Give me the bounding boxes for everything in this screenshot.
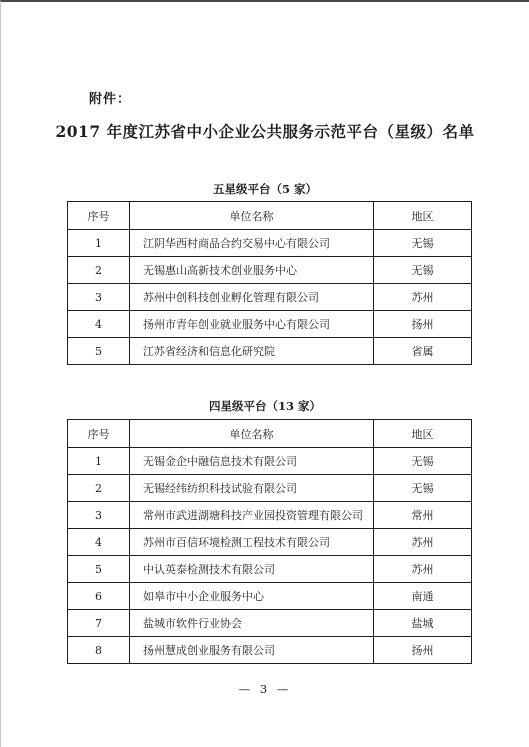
unit-name-cell: 中认英泰检测技术有限公司 [130,556,374,583]
four-star-table-header: 序号 单位名称 地区 [68,420,472,448]
four-star-section-heading: 四星级平台（13 家） [1,398,529,414]
five-star-table: 序号 单位名称 地区 1江阴华西村商品合约交易中心有限公司无锡2无锡惠山高新技术… [67,201,472,365]
row-number-cell: 1 [68,230,130,257]
unit-name-cell: 苏州市百信环境检测工程技术有限公司 [130,529,374,556]
unit-name-cell: 无锡惠山高新技术创业服务中心 [130,257,374,284]
unit-name-cell: 常州市武进湖塘科技产业园投资管理有限公司 [130,502,374,529]
unit-name-cell: 江阴华西村商品合约交易中心有限公司 [130,230,374,257]
row-number-cell: 4 [68,311,130,338]
column-header-region: 地区 [374,202,472,230]
table-row: 3常州市武进湖塘科技产业园投资管理有限公司常州 [68,502,472,529]
unit-name-cell: 无锡金企中融信息技术有限公司 [130,448,374,475]
table-row: 3苏州中创科技创业孵化管理有限公司苏州 [68,284,472,311]
region-cell: 盐城 [374,610,472,637]
region-cell: 扬州 [374,637,472,664]
unit-name-cell: 扬州慧成创业服务有限公司 [130,637,374,664]
four-star-table: 序号 单位名称 地区 1无锡金企中融信息技术有限公司无锡2无锡经纬纺织科技试验有… [67,419,472,664]
attachment-label: 附件： [89,88,131,107]
region-cell: 无锡 [374,230,472,257]
region-cell: 苏州 [374,529,472,556]
table-row: 1江阴华西村商品合约交易中心有限公司无锡 [68,230,472,257]
region-cell: 无锡 [374,257,472,284]
table-row: 5中认英泰检测技术有限公司苏州 [68,556,472,583]
row-number-cell: 2 [68,257,130,284]
column-header-region: 地区 [374,420,472,448]
unit-name-cell: 盐城市软件行业协会 [130,610,374,637]
document-title: 2017 年度江苏省中小企业公共服务示范平台（星级）名单 [1,120,529,142]
row-number-cell: 5 [68,338,130,365]
column-header-unit-name: 单位名称 [130,420,374,448]
table-row: 6如皋市中小企业服务中心南通 [68,583,472,610]
row-number-cell: 8 [68,637,130,664]
table-row: 2无锡经纬纺织科技试验有限公司无锡 [68,475,472,502]
four-star-table-body: 1无锡金企中融信息技术有限公司无锡2无锡经纬纺织科技试验有限公司无锡3常州市武进… [68,448,472,664]
region-cell: 无锡 [374,475,472,502]
header-row: 序号 单位名称 地区 [68,202,472,230]
five-star-section-heading: 五星级平台（5 家） [1,181,529,197]
row-number-cell: 4 [68,529,130,556]
region-cell: 苏州 [374,284,472,311]
five-star-table-body: 1江阴华西村商品合约交易中心有限公司无锡2无锡惠山高新技术创业服务中心无锡3苏州… [68,230,472,365]
column-header-number: 序号 [68,420,130,448]
region-cell: 无锡 [374,448,472,475]
table-row: 8扬州慧成创业服务有限公司扬州 [68,637,472,664]
region-cell: 苏州 [374,556,472,583]
row-number-cell: 6 [68,583,130,610]
column-header-number: 序号 [68,202,130,230]
document-page: 附件： 2017 年度江苏省中小企业公共服务示范平台（星级）名单 五星级平台（5… [0,0,529,747]
row-number-cell: 2 [68,475,130,502]
header-row: 序号 单位名称 地区 [68,420,472,448]
region-cell: 扬州 [374,311,472,338]
table-row: 2无锡惠山高新技术创业服务中心无锡 [68,257,472,284]
five-star-table-header: 序号 单位名称 地区 [68,202,472,230]
table-row: 4苏州市百信环境检测工程技术有限公司苏州 [68,529,472,556]
column-header-unit-name: 单位名称 [130,202,374,230]
row-number-cell: 7 [68,610,130,637]
unit-name-cell: 无锡经纬纺织科技试验有限公司 [130,475,374,502]
row-number-cell: 3 [68,502,130,529]
region-cell: 南通 [374,583,472,610]
row-number-cell: 3 [68,284,130,311]
unit-name-cell: 如皋市中小企业服务中心 [130,583,374,610]
unit-name-cell: 江苏省经济和信息化研究院 [130,338,374,365]
unit-name-cell: 扬州市青年创业就业服务中心有限公司 [130,311,374,338]
page-number: — 3 — [1,682,529,696]
row-number-cell: 5 [68,556,130,583]
unit-name-cell: 苏州中创科技创业孵化管理有限公司 [130,284,374,311]
table-row: 5江苏省经济和信息化研究院省属 [68,338,472,365]
table-row: 7盐城市软件行业协会盐城 [68,610,472,637]
row-number-cell: 1 [68,448,130,475]
table-row: 1无锡金企中融信息技术有限公司无锡 [68,448,472,475]
table-row: 4扬州市青年创业就业服务中心有限公司扬州 [68,311,472,338]
region-cell: 常州 [374,502,472,529]
region-cell: 省属 [374,338,472,365]
